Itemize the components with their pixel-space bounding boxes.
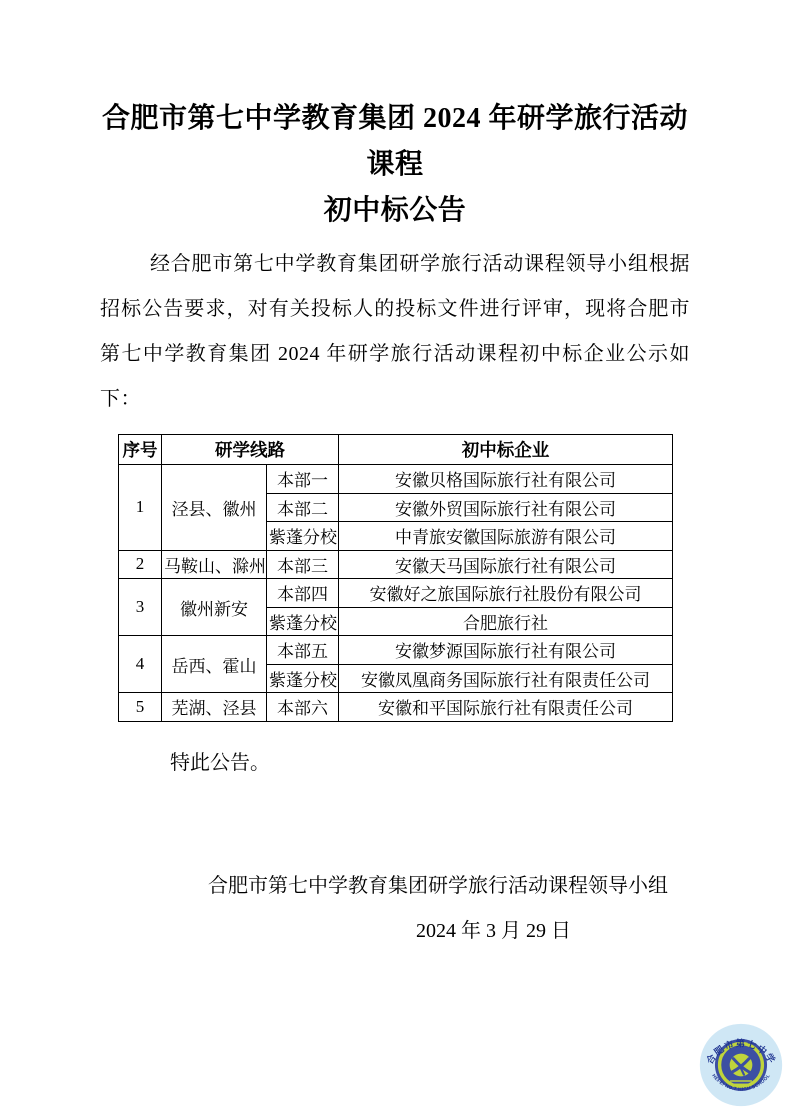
cell-company: 合肥旅行社 <box>339 607 673 636</box>
cell-company: 安徽好之旅国际旅行社股份有限公司 <box>339 579 673 608</box>
cell-serial-no: 5 <box>119 693 162 722</box>
page-title: 合肥市第七中学教育集团 2024 年研学旅行活动课程 初中标公告 <box>100 96 690 234</box>
cell-route: 泾县、徽州 <box>162 465 267 551</box>
cell-company: 安徽凤凰商务国际旅行社有限责任公司 <box>339 664 673 693</box>
bid-result-table: 序号 研学线路 初中标企业 1泾县、徽州本部一安徽贝格国际旅行社有限公司本部二安… <box>118 434 673 722</box>
table-header: 序号 研学线路 初中标企业 <box>119 435 673 465</box>
cell-campus: 本部二 <box>267 493 339 522</box>
cell-campus: 本部四 <box>267 579 339 608</box>
cell-serial-no: 3 <box>119 579 162 636</box>
title-line-2: 初中标公告 <box>100 188 690 234</box>
header-cell-route: 研学线路 <box>162 435 339 465</box>
table-row: 1泾县、徽州本部一安徽贝格国际旅行社有限公司 <box>119 465 673 494</box>
cell-serial-no: 4 <box>119 636 162 693</box>
cell-route: 芜湖、泾县 <box>162 693 267 722</box>
table-body: 1泾县、徽州本部一安徽贝格国际旅行社有限公司本部二安徽外贸国际旅行社有限公司紫蓬… <box>119 465 673 722</box>
cell-campus: 本部六 <box>267 693 339 722</box>
table-row: 3徽州新安本部四安徽好之旅国际旅行社股份有限公司 <box>119 579 673 608</box>
cell-serial-no: 1 <box>119 465 162 551</box>
cell-campus: 紫蓬分校 <box>267 664 339 693</box>
closing-note: 特此公告。 <box>100 748 690 778</box>
cell-serial-no: 2 <box>119 550 162 579</box>
cell-campus: 本部一 <box>267 465 339 494</box>
cell-route: 岳西、霍山 <box>162 636 267 693</box>
school-logo-badge: 合肥市第七中学 HEFEI NO.7 HIGH SCHOOL <box>699 1023 783 1107</box>
intro-paragraph: 经合肥市第七中学教育集团研学旅行活动课程领导小组根据招标公告要求，对有关投标人的… <box>100 242 690 422</box>
cell-company: 安徽和平国际旅行社有限责任公司 <box>339 693 673 722</box>
school-logo: 合肥市第七中学 HEFEI NO.7 HIGH SCHOOL <box>699 1023 783 1107</box>
header-cell-company: 初中标企业 <box>339 435 673 465</box>
cell-campus: 紫蓬分校 <box>267 522 339 551</box>
title-line-1: 合肥市第七中学教育集团 2024 年研学旅行活动课程 <box>100 96 690 188</box>
table-header-row: 序号 研学线路 初中标企业 <box>119 435 673 465</box>
cell-company: 安徽梦源国际旅行社有限公司 <box>339 636 673 665</box>
signature-date: 2024 年 3 月 29 日 <box>100 917 690 945</box>
header-cell-no: 序号 <box>119 435 162 465</box>
cell-campus: 紫蓬分校 <box>267 607 339 636</box>
cell-company: 中青旅安徽国际旅游有限公司 <box>339 522 673 551</box>
cell-campus: 本部五 <box>267 636 339 665</box>
table-row: 2马鞍山、滁州本部三安徽天马国际旅行社有限公司 <box>119 550 673 579</box>
cell-company: 安徽天马国际旅行社有限公司 <box>339 550 673 579</box>
signature-org: 合肥市第七中学教育集团研学旅行活动课程领导小组 <box>100 872 690 900</box>
table-row: 5芜湖、泾县本部六安徽和平国际旅行社有限责任公司 <box>119 693 673 722</box>
cell-campus: 本部三 <box>267 550 339 579</box>
document-page: 合肥市第七中学教育集团 2024 年研学旅行活动课程 初中标公告 经合肥市第七中… <box>0 0 787 1107</box>
cell-company: 安徽外贸国际旅行社有限公司 <box>339 493 673 522</box>
cell-route: 马鞍山、滁州 <box>162 550 267 579</box>
cell-route: 徽州新安 <box>162 579 267 636</box>
table-row: 4岳西、霍山本部五安徽梦源国际旅行社有限公司 <box>119 636 673 665</box>
cell-company: 安徽贝格国际旅行社有限公司 <box>339 465 673 494</box>
